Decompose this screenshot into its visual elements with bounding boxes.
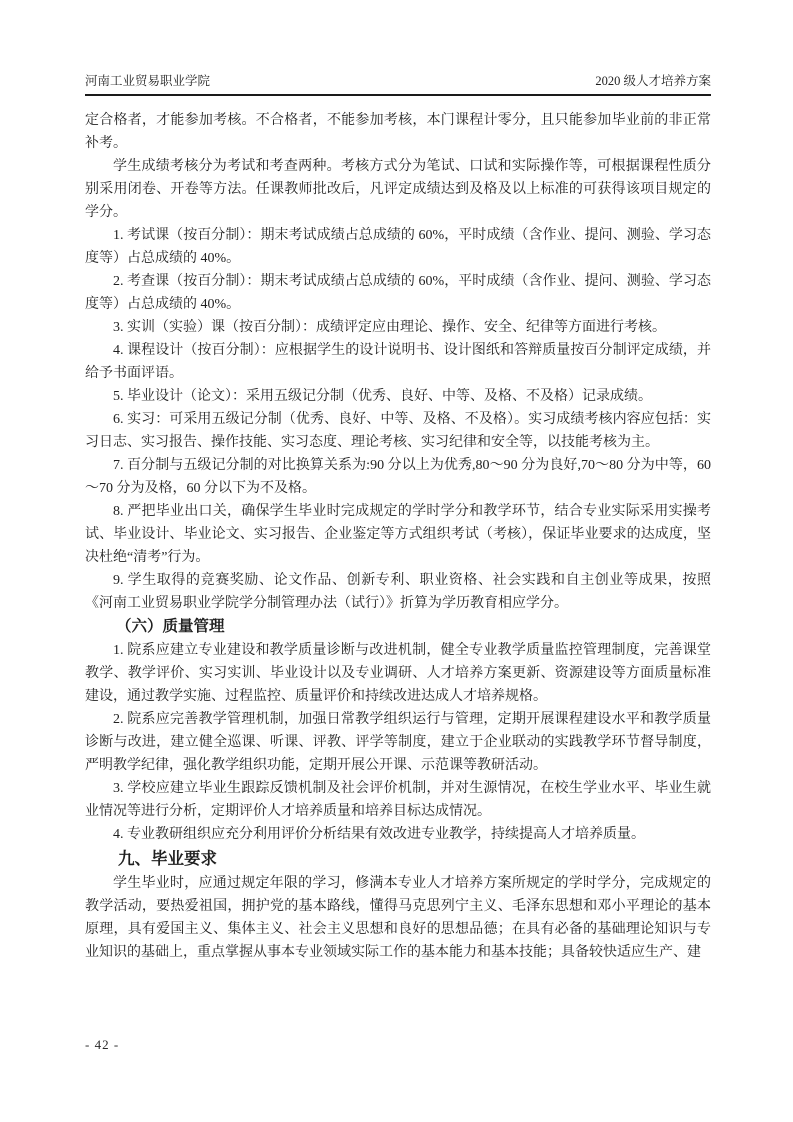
page-header: 河南工业贸易职业学院 2020 级人才培养方案 xyxy=(85,72,711,96)
section-heading-quality-management: （六）质量管理 xyxy=(85,615,711,639)
paragraph-continuation: 定合格者，才能参加考核。不合格者，不能参加考核，本门课程计零分，且只能参加毕业前… xyxy=(85,109,711,155)
numbered-item-8: 8. 严把毕业出口关，确保学生毕业时完成规定的学时学分和教学环节，结合专业实际采… xyxy=(85,500,711,569)
numbered-item-2: 2. 考查课（按百分制）：期末考试成绩占总成绩的 60%，平时成绩（含作业、提问… xyxy=(85,270,711,316)
numbered-item-5: 5. 毕业设计（论文）：采用五级记分制（优秀、良好、中等、及格、不及格）记录成绩… xyxy=(85,385,711,408)
page-number: - 42 - xyxy=(85,1037,119,1052)
numbered-item-9: 9. 学生取得的竞赛奖励、论文作品、创新专利、职业资格、社会实践和自主创业等成果… xyxy=(85,569,711,615)
quality-item-1: 1. 院系应建立专业建设和教学质量诊断与改进机制，健全专业教学质量监控管理制度，… xyxy=(85,639,711,708)
page-footer: - 42 - xyxy=(85,1036,119,1054)
numbered-item-6: 6. 实习：可采用五级记分制（优秀、良好、中等、及格、不及格）。实习成绩考核内容… xyxy=(85,408,711,454)
quality-item-4: 4. 专业教研组织应充分利用评价分析结果有效改进专业教学，持续提高人才培养质量。 xyxy=(85,823,711,846)
numbered-item-7: 7. 百分制与五级记分制的对比换算关系为:90 分以上为优秀,80～90 分为良… xyxy=(85,454,711,500)
header-school-name: 河南工业贸易职业学院 xyxy=(85,72,210,90)
quality-item-2: 2. 院系应完善教学管理机制，加强日常教学组织运行与管理，定期开展课程建设水平和… xyxy=(85,708,711,777)
numbered-item-1: 1. 考试课（按百分制）：期末考试成绩占总成绩的 60%，平时成绩（含作业、提问… xyxy=(85,224,711,270)
numbered-item-3: 3. 实训（实验）课（按百分制）：成绩评定应由理论、操作、安全、纪律等方面进行考… xyxy=(85,316,711,339)
paragraph: 学生成绩考核分为考试和考查两种。考核方式分为笔试、口试和实际操作等，可根据课程性… xyxy=(85,155,711,224)
quality-item-3: 3. 学校应建立毕业生跟踪反馈机制及社会评价机制，并对生源情况，在校生学业水平、… xyxy=(85,777,711,823)
header-plan-title: 2020 级人才培养方案 xyxy=(595,72,711,90)
numbered-item-4: 4. 课程设计（按百分制）：应根据学生的设计说明书、设计图纸和答辩质量按百分制评… xyxy=(85,339,711,385)
document-page: 河南工业贸易职业学院 2020 级人才培养方案 定合格者，才能参加考核。不合格者… xyxy=(0,0,793,1122)
graduation-paragraph: 学生毕业时，应通过规定年限的学习，修满本专业人才培养方案所规定的学时学分，完成规… xyxy=(85,872,711,964)
section-heading-graduation-requirements: 九、毕业要求 xyxy=(85,846,711,872)
document-body: 定合格者，才能参加考核。不合格者，不能参加考核，本门课程计零分，且只能参加毕业前… xyxy=(85,109,711,964)
